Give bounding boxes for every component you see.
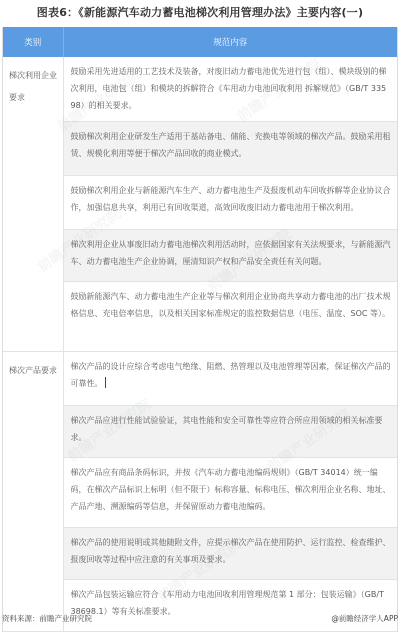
content-cell: 鼓励梯次利用企业研发生产适用于基站备电、储能、充换电等领域的梯次产品。鼓励采用租… <box>63 121 397 175</box>
table-row: 梯次产品的使用说明或其他随附文件，应提示梯次产品在使用防护、运行监控、检查维护、… <box>3 527 397 579</box>
footer: 资料来源：前瞻产业研究院 @前瞻经济学人APP <box>2 613 398 624</box>
policy-table-container: 类别 规范内容 梯次利用企业要求 鼓励采用先进适用的工艺技术及装备，对废旧动力蓄… <box>2 27 398 632</box>
figure-title: 图表6：《新能源汽车动力蓄电池梯次利用管理办法》主要内容(一) <box>0 4 400 22</box>
content-cell-with-cursor: 梯次产品的设计应综合考虑电气绝缘、阻燃、热管理以及电池管理等因素，保证梯次产品的… <box>63 351 397 405</box>
content-cell: 梯次产品的使用说明或其他随附文件，应提示梯次产品在使用防护、运行监控、检查维护、… <box>63 527 397 579</box>
table-row: 鼓励梯次利用企业与新能源汽车生产、动力蓄电池生产及报废机动车回收拆解等企业协议合… <box>3 175 397 229</box>
header-category: 类别 <box>3 27 63 57</box>
table-row: 鼓励新能源汽车、动力蓄电池生产企业等与梯次利用企业协商共享动力蓄电池的出厂技术规… <box>3 281 397 351</box>
content-cell: 鼓励采用先进适用的工艺技术及装备，对废旧动力蓄电池优先进行包（组）、模块级别的梯… <box>63 57 397 121</box>
page: 图表6：《新能源汽车动力蓄电池梯次利用管理办法》主要内容(一) 类别 规范内容 … <box>0 0 400 639</box>
table-row: 鼓励梯次利用企业研发生产适用于基站备电、储能、充换电等领域的梯次产品。鼓励采用租… <box>3 121 397 175</box>
table-row: 梯次产品应有商品条码标识，并按《汽车动力蓄电池编码规则》（GB/T 34014）… <box>3 457 397 527</box>
table-row: 梯次利用企业要求 鼓励采用先进适用的工艺技术及装备，对废旧动力蓄电池优先进行包（… <box>3 57 397 121</box>
header-content: 规范内容 <box>63 27 397 57</box>
category-cell-enterprise: 梯次利用企业要求 <box>3 57 63 351</box>
credit-note: @前瞻经济学人APP <box>331 613 398 624</box>
table-header-row: 类别 规范内容 <box>3 27 397 57</box>
text-cursor <box>105 377 106 388</box>
content-cell: 梯次产品应有商品条码标识，并按《汽车动力蓄电池编码规则》（GB/T 34014）… <box>63 457 397 527</box>
table-row: 梯次利用企业从事废旧动力蓄电池梯次利用活动时，应依据国家有关法规要求，与新能源汽… <box>3 229 397 281</box>
content-cell: 鼓励新能源汽车、动力蓄电池生产企业等与梯次利用企业协商共享动力蓄电池的出厂技术规… <box>63 281 397 351</box>
content-cell: 梯次产品应进行性能试验验证，其电性能和安全可靠性等应符合所应用领域的相关标准要求… <box>63 405 397 457</box>
category-cell-product: 梯次产品要求 <box>3 351 63 631</box>
policy-table: 类别 规范内容 梯次利用企业要求 鼓励采用先进适用的工艺技术及装备，对废旧动力蓄… <box>3 27 397 632</box>
table-row: 梯次产品要求 梯次产品的设计应综合考虑电气绝缘、阻燃、热管理以及电池管理等因素，… <box>3 351 397 405</box>
content-cell: 梯次利用企业从事废旧动力蓄电池梯次利用活动时，应依据国家有关法规要求，与新能源汽… <box>63 229 397 281</box>
source-note: 资料来源：前瞻产业研究院 <box>2 613 92 624</box>
content-text: 梯次产品的设计应综合考虑电气绝缘、阻燃、热管理以及电池管理等因素，保证梯次产品的… <box>71 362 391 388</box>
content-cell: 鼓励梯次利用企业与新能源汽车生产、动力蓄电池生产及报废机动车回收拆解等企业协议合… <box>63 175 397 229</box>
table-row: 梯次产品应进行性能试验验证，其电性能和安全可靠性等应符合所应用领域的相关标准要求… <box>3 405 397 457</box>
